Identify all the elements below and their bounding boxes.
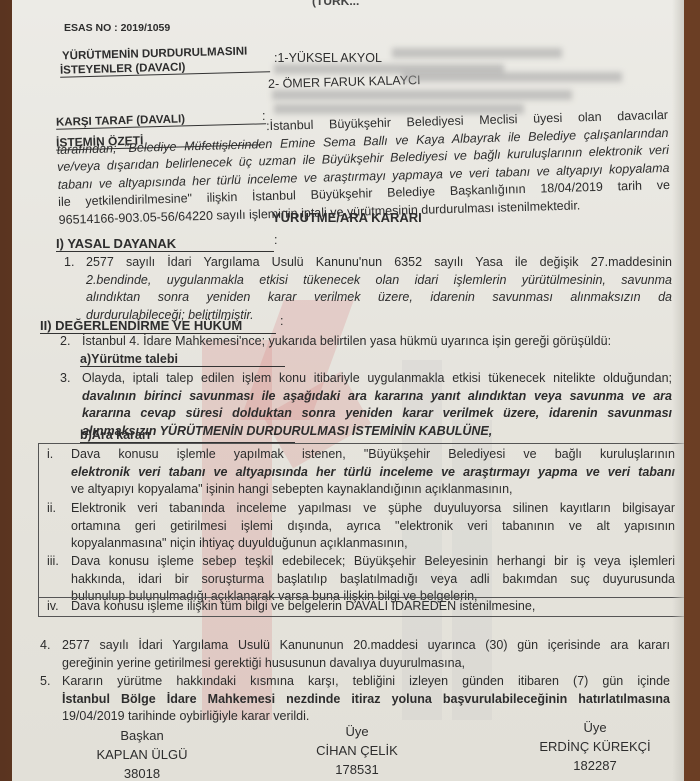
item3-number: 3. bbox=[60, 370, 70, 388]
item3-line-3: kararına cevap süresi dolduktan sonra ye… bbox=[82, 405, 672, 423]
item4: 4. 2577 sayılı İdari Yargılama Usulü Kan… bbox=[40, 637, 670, 672]
sub-b-title: b)Ara kararı bbox=[80, 428, 295, 443]
item4-number: 4. bbox=[40, 637, 50, 655]
header-partial: (TÜRK... bbox=[312, 0, 359, 8]
item3-line-1: Olayda, iptali talep edilen işlem konu i… bbox=[82, 370, 672, 388]
item5-line-2: İstanbul Bölge İdare Mahkemesi nezdinde … bbox=[62, 691, 670, 709]
sub-a-title: a)Yürütme talebi bbox=[80, 352, 285, 367]
signatory-president: Başkan KAPLAN ÜLGÜ 38018 bbox=[62, 726, 222, 781]
signatory-member-1: Üye CİHAN ÇELİK 178531 bbox=[277, 722, 437, 779]
signatory-id: 182287 bbox=[515, 756, 675, 775]
item4-line-1: 2577 sayılı İdari Yargılama Usulü Kanunu… bbox=[62, 637, 670, 655]
signatory-id: 38018 bbox=[62, 764, 222, 781]
item4-line-2: gereğinin yerine getirilmesi gerektiği h… bbox=[62, 655, 670, 673]
interim-decision-box: i. Dava konusu işlemle yapılmak istenen,… bbox=[38, 443, 684, 617]
signatory-member-2: Üye ERDİNÇ KÜREKÇİ 182287 bbox=[515, 718, 675, 775]
interim-item-i-line-3: ve altyapıyı kopyalama" işinin hangi seb… bbox=[71, 481, 675, 499]
signatory-role: Üye bbox=[277, 722, 437, 741]
section1-colon: : bbox=[274, 232, 277, 249]
redacted-address-2a bbox=[402, 72, 622, 82]
interim-item-i-line-2: elektronik veri tabanı ve altyapısında h… bbox=[71, 464, 675, 482]
interim-item-ii-line-2: ortamına geri getirilmesi işlemi dışında… bbox=[71, 518, 675, 536]
plaintiffs-label-line2: İSTEYENLER (DAVACI) bbox=[60, 59, 270, 77]
interim-item-iii-line-1: Dava konusu işleme sebep teşkil edebilec… bbox=[71, 553, 675, 571]
item5-number: 5. bbox=[40, 673, 50, 691]
item1-number: 1. bbox=[64, 254, 74, 272]
redacted-address-1a bbox=[392, 48, 562, 58]
signatory-name: CİHAN ÇELİK bbox=[277, 741, 437, 760]
interim-item-iii-number: iii. bbox=[47, 553, 67, 571]
signatory-name: ERDİNÇ KÜREKÇİ bbox=[515, 737, 675, 756]
item3-line-2: davalının birinci savunması ile aşağıdak… bbox=[82, 388, 672, 406]
interim-item-iv: iv. Dava konusu işleme ilişkin tüm bilgi… bbox=[39, 597, 684, 616]
section2-title: II) DEĞERLENDİRME VE HÜKÜM bbox=[40, 318, 276, 334]
interim-item-i-line-1: Dava konusu işlemle yapılmak istenen, "B… bbox=[71, 446, 675, 464]
signatory-role: Üye bbox=[515, 718, 675, 737]
signatory-id: 178531 bbox=[277, 760, 437, 779]
item2-text: İstanbul 4. İdare Mahkemesi'nce; yukarıd… bbox=[82, 333, 672, 351]
interim-item-ii-number: ii. bbox=[47, 500, 67, 518]
section2-colon: : bbox=[280, 313, 283, 330]
interim-item-i: i. Dava konusu işlemle yapılmak istenen,… bbox=[47, 446, 675, 499]
interim-item-ii-line-1: Elektronik veri tabanında inceleme yapıl… bbox=[71, 500, 675, 518]
court-document-page: (TÜRK... ESAS NO : 2019/1059 YÜRÜTMENİN … bbox=[12, 0, 684, 781]
item2-number: 2. bbox=[60, 333, 70, 351]
redacted-address-2b bbox=[272, 90, 572, 100]
item1-line-2: 2.bendinde, uygulanmakla etkisi tükenece… bbox=[86, 272, 672, 290]
item1-line-1: 2577 sayılı İdari Yargılama Usulü Kanunu… bbox=[86, 254, 672, 272]
signatory-name: KAPLAN ÜLGÜ bbox=[62, 745, 222, 764]
order-title: YÜRÜTME/ARA KARARI bbox=[272, 210, 422, 225]
interim-item-i-number: i. bbox=[47, 446, 67, 464]
interim-item-iv-line-1: Dava konusu işleme ilişkin tüm bilgi ve … bbox=[71, 598, 684, 616]
interim-item-ii-line-3: kopyalanmasına" niçin ihtiyaç duyulduğun… bbox=[71, 535, 675, 553]
interim-item-iii-line-2: hakkında, idari bir soruşturma başlatılı… bbox=[71, 571, 675, 589]
interim-item-iv-number: iv. bbox=[47, 598, 67, 616]
item2: 2. İstanbul 4. İdare Mahkemesi'nce; yuka… bbox=[60, 333, 672, 351]
signatory-role: Başkan bbox=[62, 726, 222, 745]
item1-line-3: alındıktan sonra yeniden karar verilmek … bbox=[86, 289, 672, 307]
paper-edge-shadow bbox=[672, 0, 684, 781]
item1: 1. 2577 sayılı İdari Yargılama Usulü Kan… bbox=[64, 254, 672, 324]
interim-item-ii: ii. Elektronik veri tabanında inceleme y… bbox=[47, 500, 675, 553]
section1-title: I) YASAL DAYANAK bbox=[56, 236, 274, 252]
case-number: ESAS NO : 2019/1059 bbox=[64, 22, 170, 34]
item5-line-1: Kararın yürütme hakkındaki kısmına karşı… bbox=[62, 673, 670, 691]
